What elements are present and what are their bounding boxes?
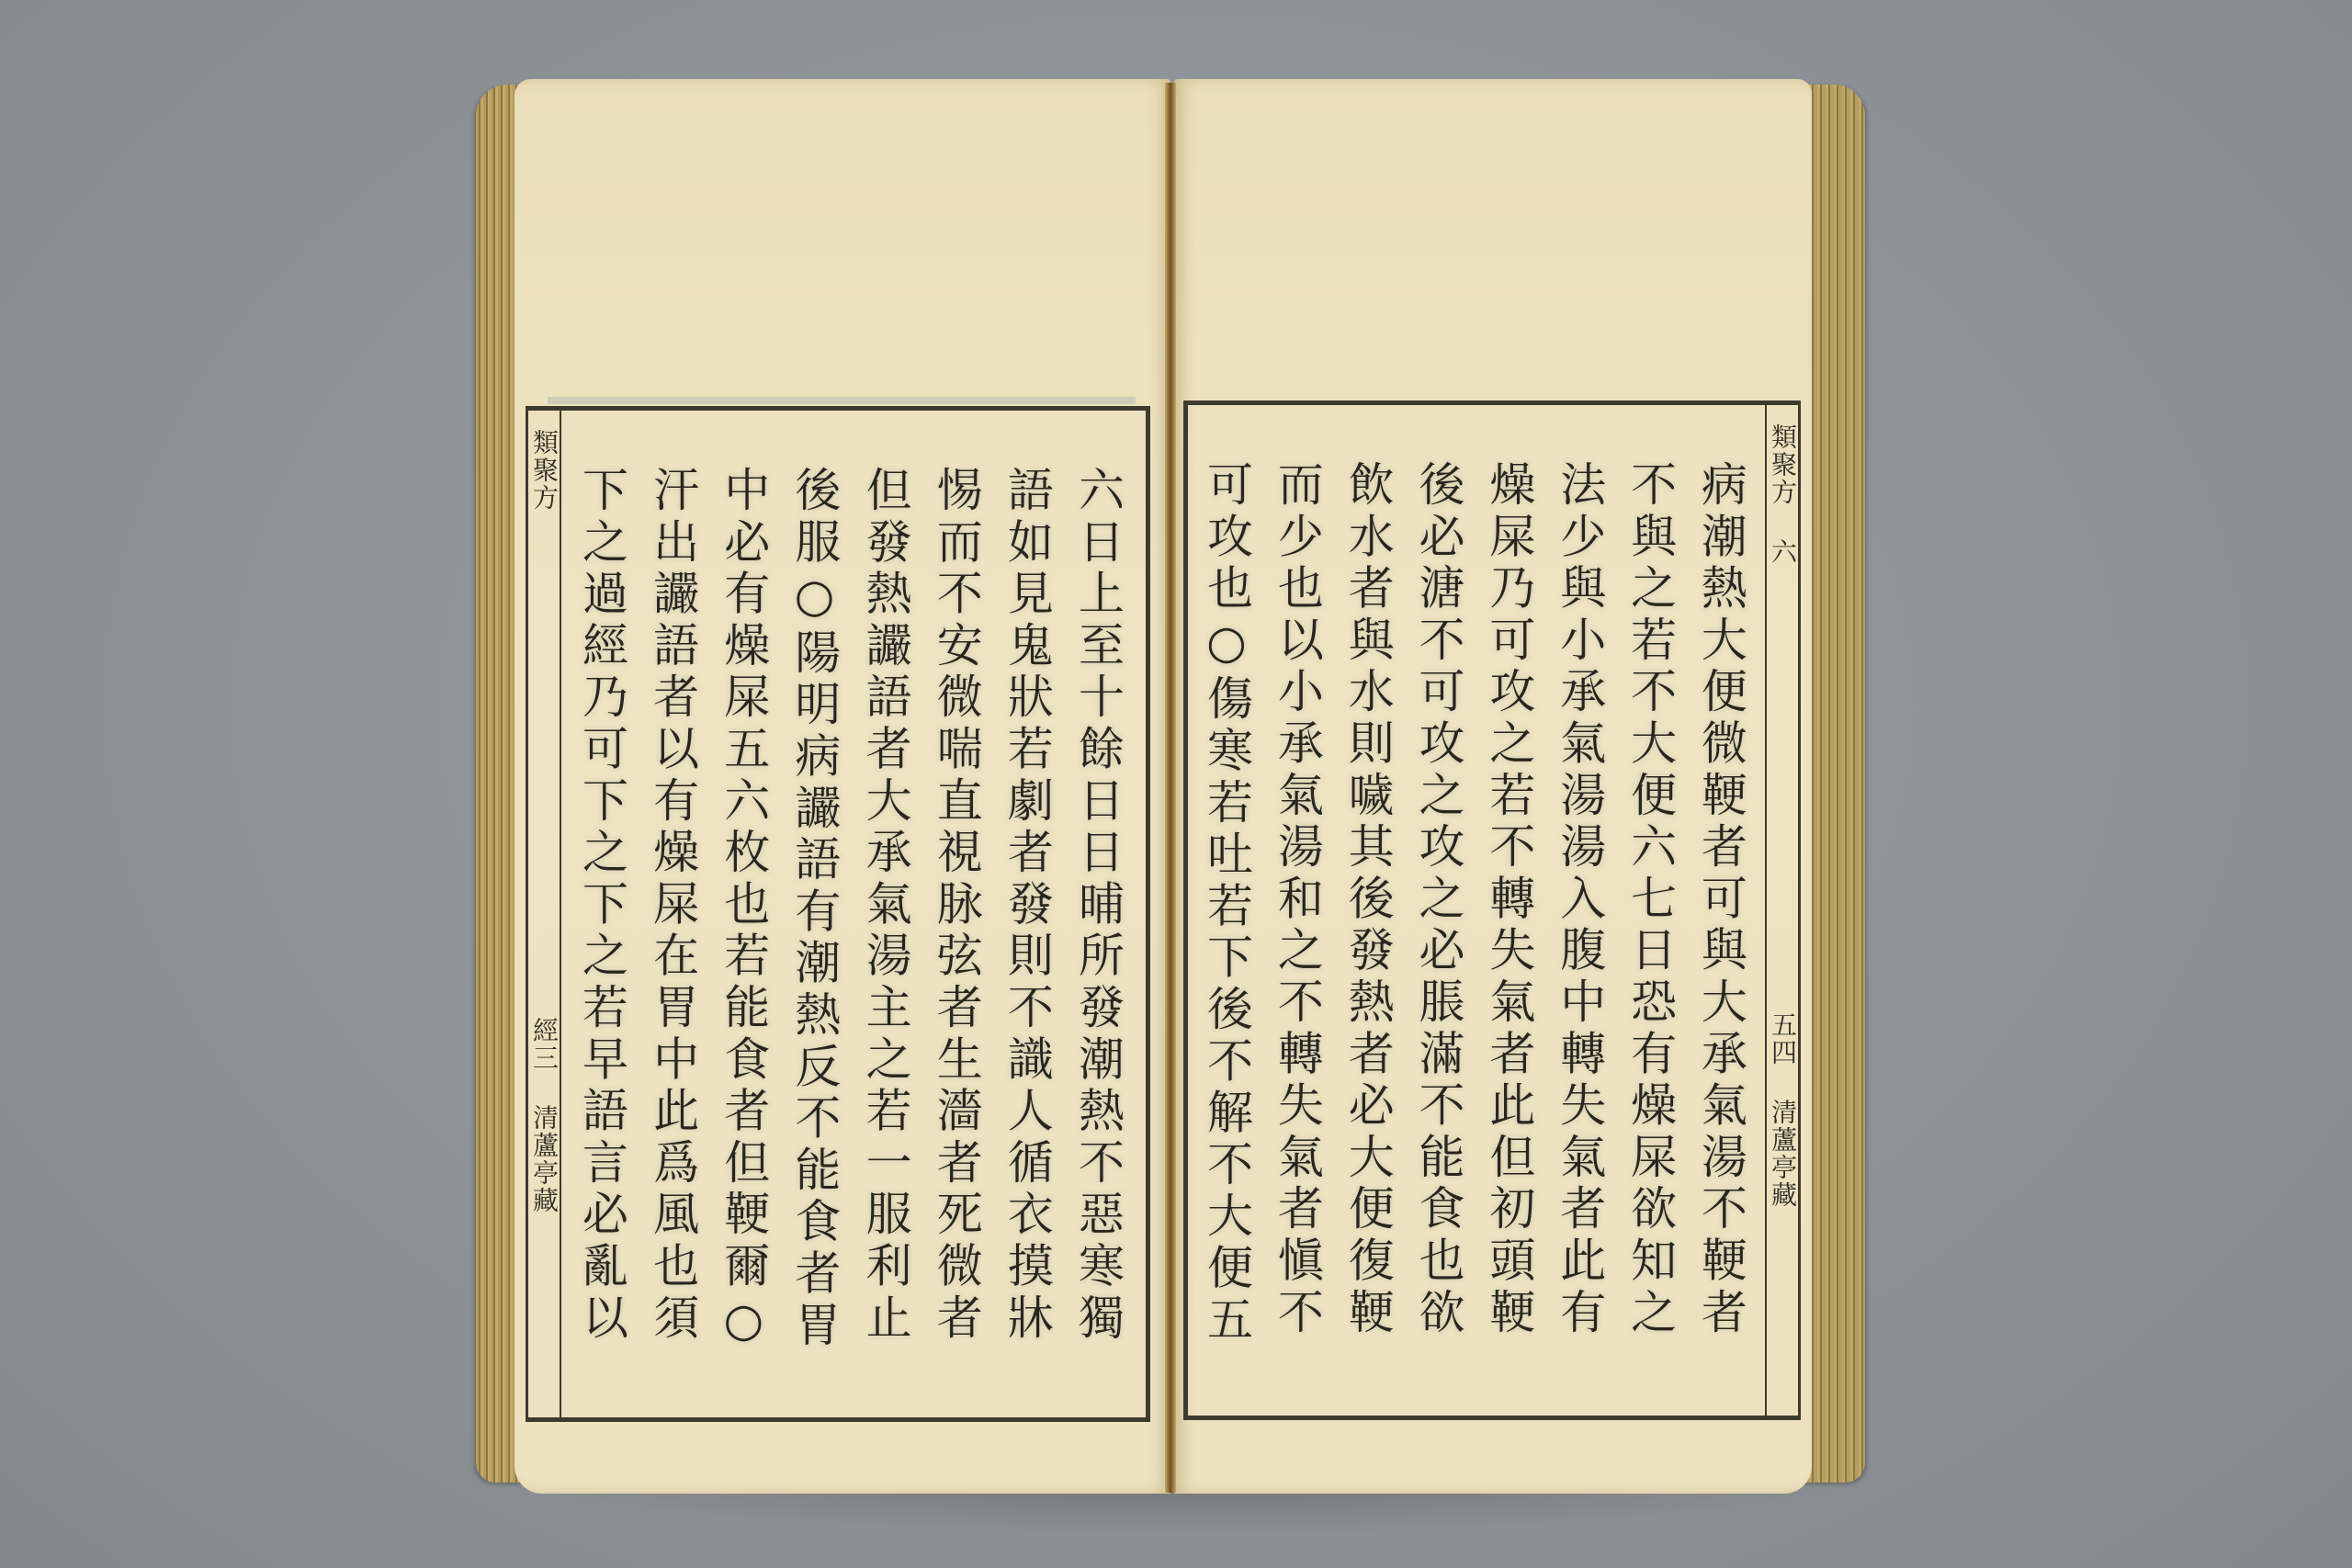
left-text-columns: 六日上至十餘日日晡所發潮熱不惡寒獨 語如見鬼狀若劇者發則不識人循衣摸牀 惕而不安…: [576, 466, 1124, 1399]
text-column: 飲水者與水則噦其後發熱者必大便復鞕: [1342, 460, 1394, 1397]
text-column: 後服○陽明病讝語有潮熱反不能食者胃: [788, 466, 840, 1399]
right-page-text-frame: 類聚方 六 五四 清蘆亭藏 病潮熱大便微鞕者可與大承氣湯不鞕者 不與之若不大便六…: [1183, 400, 1801, 1420]
text-column: 語如見鬼狀若劇者發則不識人循衣摸牀: [1001, 466, 1053, 1399]
left-margin-rule: [560, 411, 561, 1417]
text-column: 法少與小承氣湯湯入腹中轉失氣者此有: [1554, 460, 1605, 1397]
left-margin-title: 類聚方: [528, 429, 560, 512]
show-through-line: [548, 397, 1136, 404]
text-column: 不與之若不大便六七日恐有燥屎欲知之: [1624, 460, 1676, 1397]
book-gutter: [1165, 83, 1176, 1493]
text-column: 而少也以小承氣湯和之不轉失氣者愼不: [1272, 460, 1323, 1397]
left-margin-colophon: 經三 清蘆亭藏: [528, 1017, 560, 1214]
left-page-text-frame: 類聚方 經三 清蘆亭藏 六日上至十餘日日晡所發潮熱不惡寒獨 語如見鬼狀若劇者發則…: [526, 406, 1150, 1422]
right-margin-colophon: 五四 清蘆亭藏: [1767, 1011, 1798, 1209]
text-column: 惕而不安微喘直視脉弦者生濇者死微者: [931, 466, 982, 1399]
text-column: 下之過經乃可下之下之若早語言必亂以: [576, 466, 628, 1399]
text-column: 但發熱讝語者大承氣湯主之若一服利止: [860, 466, 911, 1399]
text-column: 汗出讝語者以有燥屎在胃中此爲風也須: [647, 466, 698, 1399]
text-column: 燥屎乃可攻之若不轉失氣者此但初頭鞕: [1483, 460, 1534, 1397]
text-column: 六日上至十餘日日晡所發潮熱不惡寒獨: [1072, 466, 1124, 1399]
right-text-columns: 病潮熱大便微鞕者可與大承氣湯不鞕者 不與之若不大便六七日恐有燥屎欲知之 法少與小…: [1201, 460, 1747, 1397]
text-column: 可攻也○傷寒若吐若下後不解不大便五: [1201, 460, 1252, 1397]
text-column: 中必有燥屎五六枚也若能食者但鞕爾○: [718, 466, 769, 1399]
right-margin-title: 類聚方 六: [1767, 423, 1798, 566]
text-column: 後必溏不可攻之攻之必脹滿不能食也欲: [1413, 460, 1464, 1397]
text-column: 病潮熱大便微鞕者可與大承氣湯不鞕者: [1695, 460, 1747, 1397]
